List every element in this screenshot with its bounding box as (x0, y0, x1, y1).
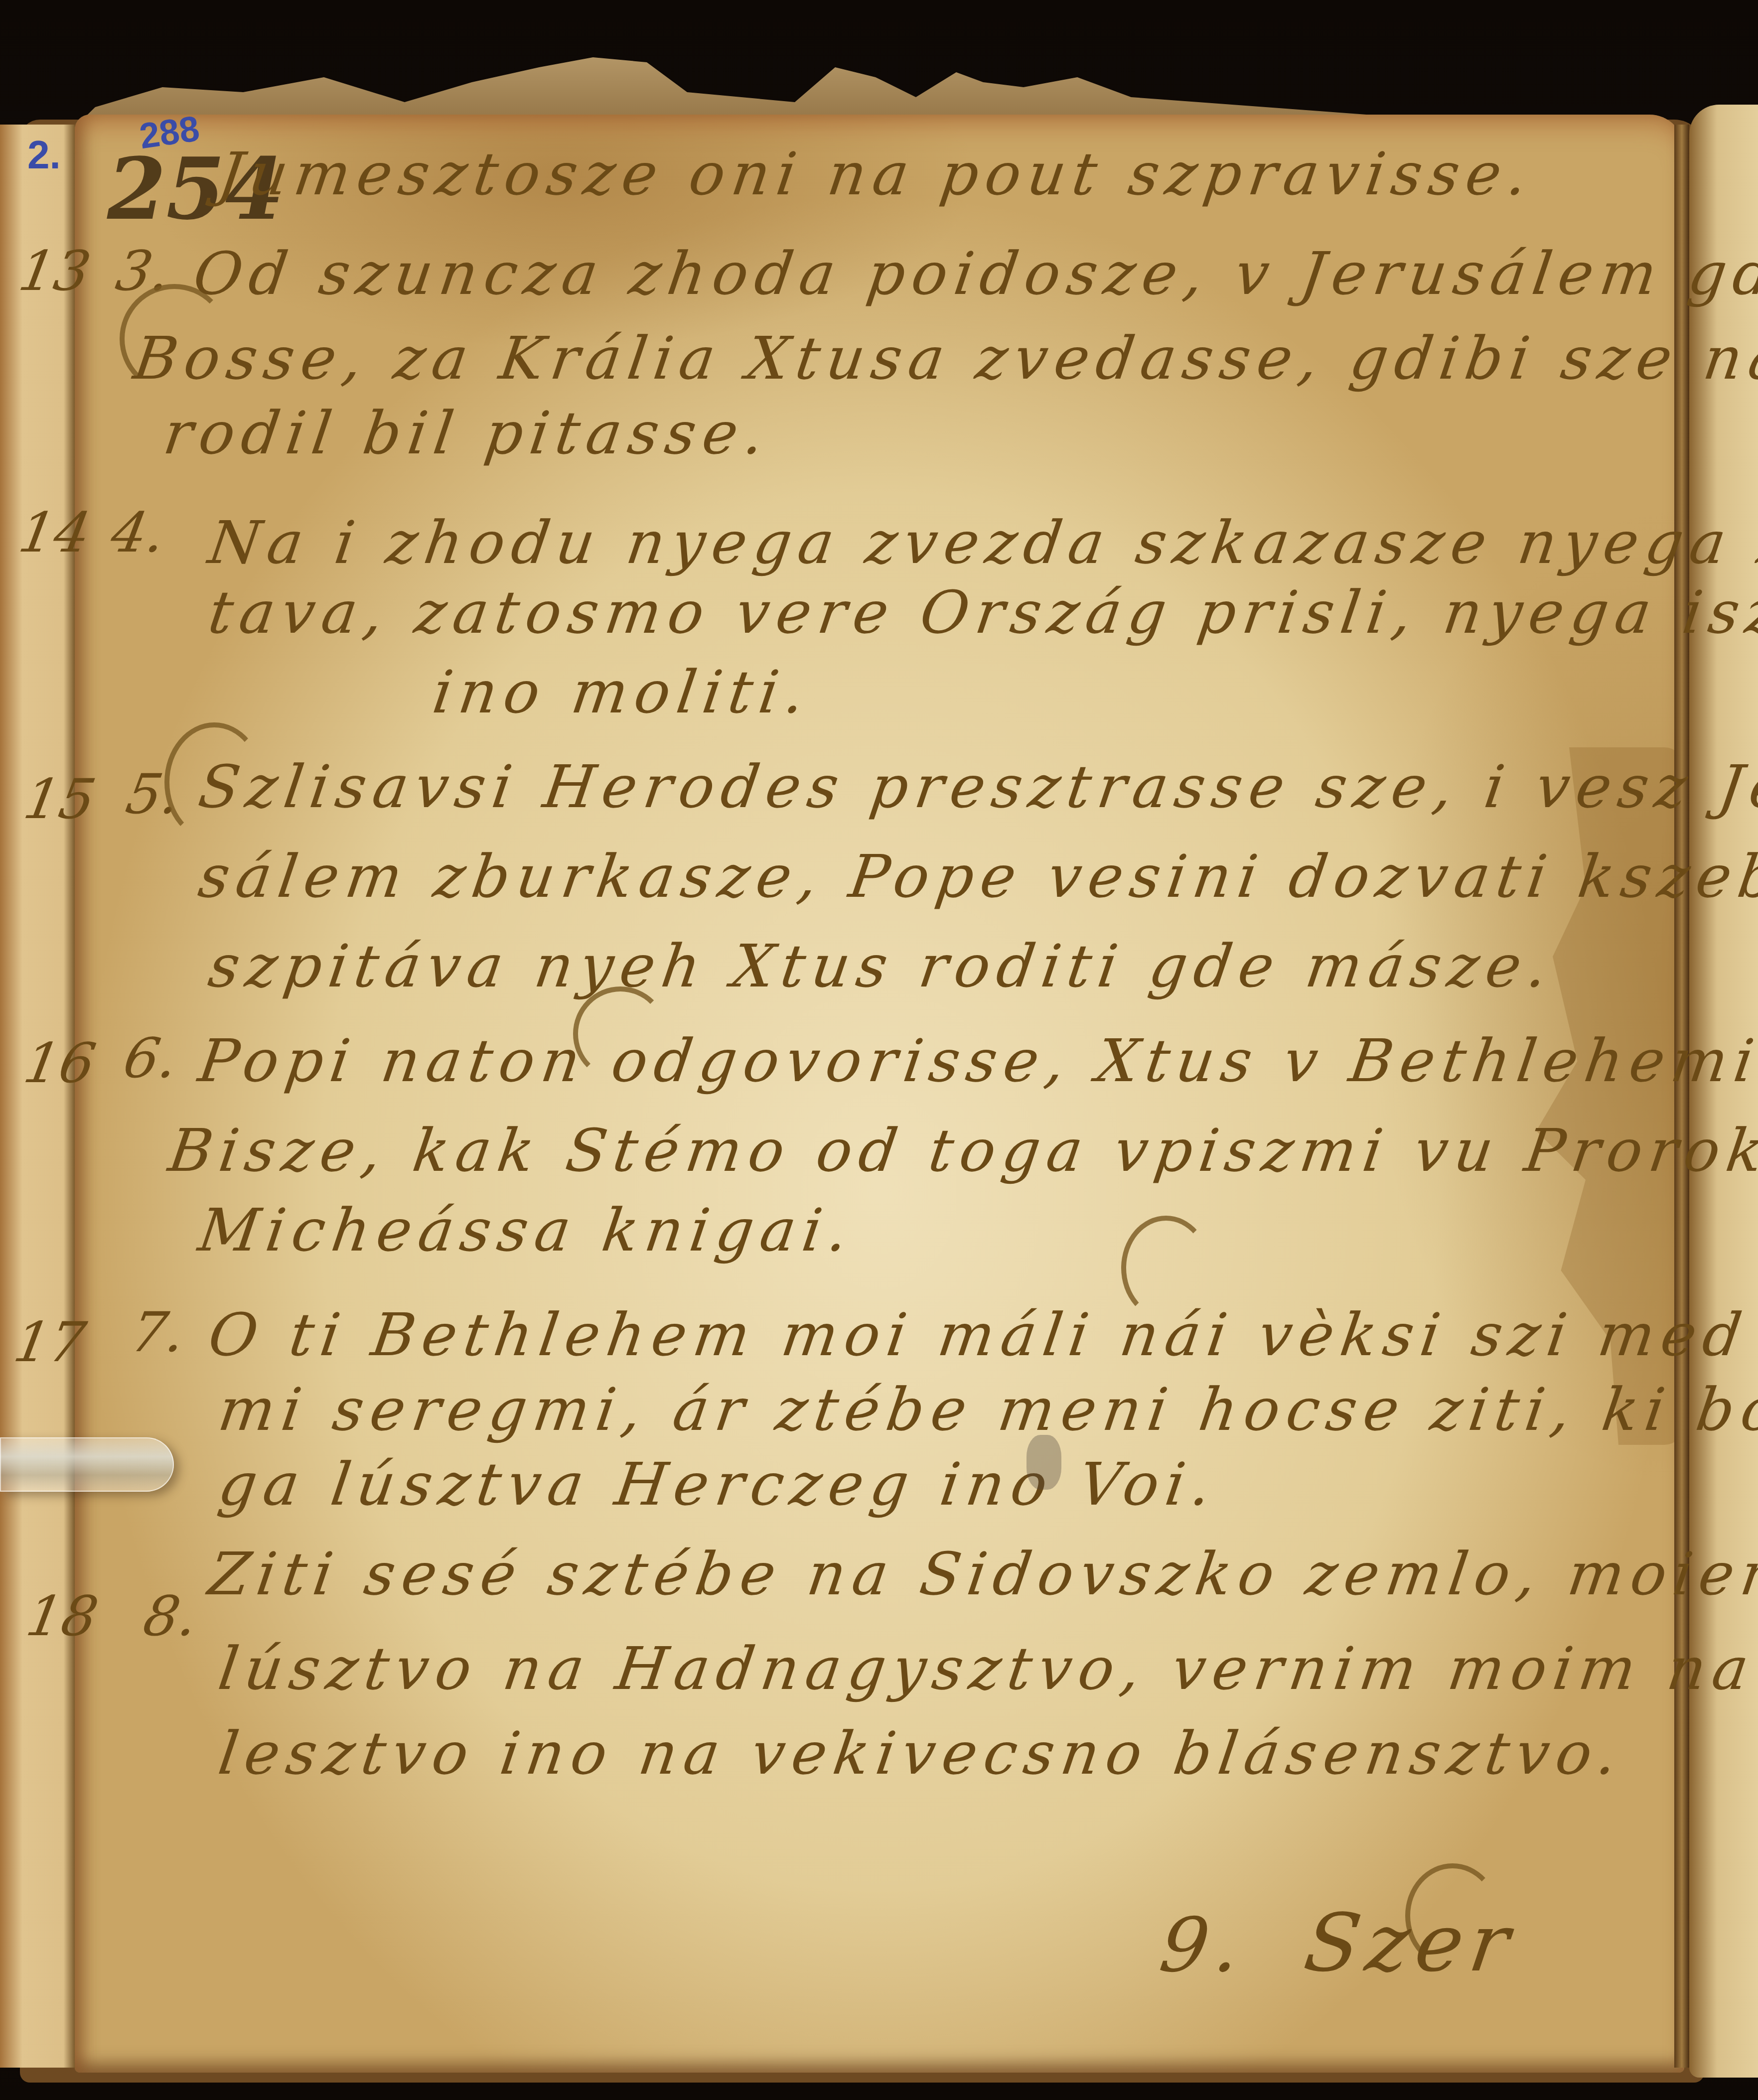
manuscript-line: tava, zatosmo vere Ország prisli, nyega … (205, 583, 1758, 642)
manuscript-line: O ti Bethlehem moi máli nái vèksi szi me… (205, 1305, 1758, 1364)
glass-page-weight (0, 1437, 174, 1492)
margin-number: 14 (14, 501, 96, 564)
manuscript-line: Bisze, kak Stémo od toga vpiszmi vu Pror… (165, 1121, 1758, 1180)
manuscript-line: Na i zhodu nyega zvezda szkazasze nyega … (205, 513, 1758, 572)
manuscript-line: Jumesztosze oni na pout szpravisse. (215, 144, 1538, 203)
margin-number: 16 (19, 1031, 101, 1095)
ink-smudge (1026, 1435, 1061, 1490)
archive-number-left: 2. (27, 132, 61, 178)
manuscript-line: Popi naton odgovorisse, Xtus v Bethlehem… (195, 1031, 1758, 1090)
manuscript-line: szpitáva nyeh Xtus roditi gde másze. (205, 937, 1558, 995)
manuscript-line: Micheássa knigai. (195, 1201, 859, 1260)
manuscript-line: Od szuncza zhoda poidosze, v Jerusálem g… (190, 244, 1758, 303)
manuscript-line: ino moliti. (430, 663, 815, 721)
catchword-number: 9. (1156, 1908, 1251, 1983)
manuscript-line: sálem zburkasze, Pope vesini dozvati ksz… (195, 847, 1758, 906)
manuscript-line: Bosse, za Krália Xtusa zvedasse, gdibi s… (131, 329, 1758, 388)
manuscript-line: rodil bil pitasse. (160, 404, 775, 462)
manuscript-line: mi seregmi, ár ztébe meni hocse ziti, ki… (215, 1380, 1758, 1439)
gutter (1674, 125, 1689, 2068)
manuscript-line: Ziti sesé sztébe na Sidovszko zemlo, moi… (205, 1544, 1758, 1603)
manuscript-line: lesztvo ino na vekivecsno blásensztvo. (215, 1724, 1627, 1783)
manuscript-line: lúsztvo na Hadnagysztvo, vernim moim na … (215, 1639, 1758, 1698)
margin-number: 18 (22, 1584, 103, 1648)
margin-number: 13 (14, 239, 96, 303)
margin-number: 17 (9, 1310, 91, 1374)
catchword: Szer (1300, 1903, 1521, 1983)
manuscript-line: ga lúsztva Herczeg ino Voi. (215, 1455, 1222, 1514)
manuscript-line: Szlisavsi Herodes presztrasse sze, i ves… (195, 757, 1758, 816)
margin-number: 15 (19, 767, 101, 831)
previous-leaf-strip (0, 125, 75, 2068)
